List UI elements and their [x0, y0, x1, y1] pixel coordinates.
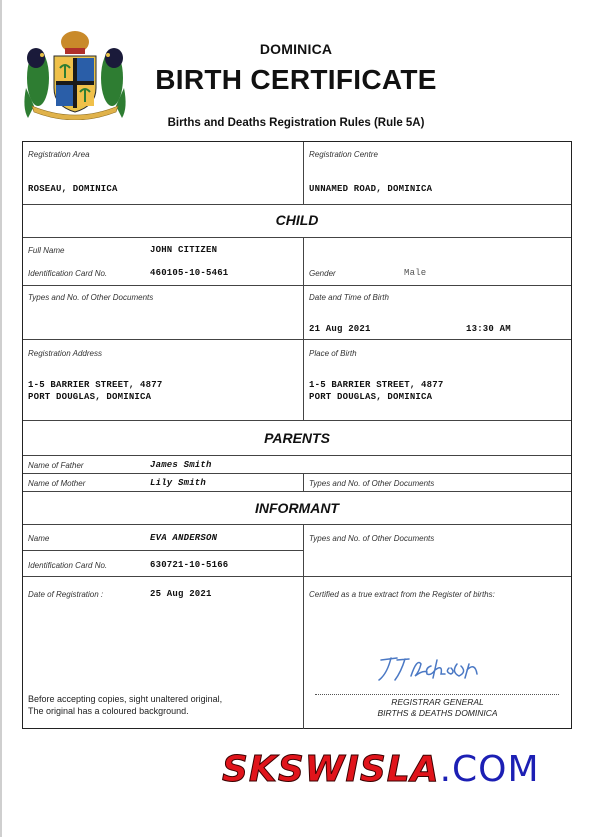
informant-id-row: Identification Card No. 630721-10-5166	[23, 551, 571, 577]
column-divider	[303, 238, 304, 421]
column-divider	[303, 525, 304, 729]
registration-address-line2: PORT DOUGLAS, DOMINICA	[28, 392, 151, 402]
father-label: Name of Father	[28, 461, 84, 470]
mother-row: Name of Mother Lily Smith Types and No. …	[23, 474, 571, 492]
child-section-header: CHILD	[23, 205, 571, 238]
informant-id-value: 630721-10-5166	[150, 560, 228, 570]
child-section-title: CHILD	[23, 212, 571, 228]
watermark-part2: .COM	[440, 749, 540, 790]
watermark: SKSWISLA.COM	[222, 748, 540, 790]
country-name: DOMINICA	[156, 41, 436, 57]
place-of-birth-line1: 1-5 BARRIER STREET, 4877	[309, 380, 443, 390]
registration-address-label: Registration Address	[28, 349, 102, 358]
child-name-row: Full Name JOHN CITIZEN Identification Ca…	[23, 238, 571, 286]
informant-name-row: Name EVA ANDERSON	[23, 525, 304, 551]
full-name-value: JOHN CITIZEN	[150, 245, 217, 255]
certified-text: Certified as a true extract from the Reg…	[309, 590, 495, 599]
informant-name-value: EVA ANDERSON	[150, 533, 217, 543]
dob-label: Date and Time of Birth	[309, 293, 389, 302]
informant-id-label: Identification Card No.	[28, 561, 107, 570]
child-other-docs-label: Types and No. of Other Documents	[28, 293, 153, 302]
column-divider	[303, 142, 304, 205]
document-title: BIRTH CERTIFICATE	[130, 64, 462, 96]
note-line1: Before accepting copies, sight unaltered…	[28, 693, 222, 705]
registrar-signature	[375, 650, 495, 684]
mother-label: Name of Mother	[28, 479, 85, 488]
dob-date-value: 21 Aug 2021	[309, 324, 371, 334]
column-divider	[303, 474, 304, 492]
father-row: Name of Father James Smith	[23, 456, 571, 474]
registration-area-value: ROSEAU, DOMINICA	[28, 184, 118, 194]
full-name-label: Full Name	[28, 246, 64, 255]
watermark-part1: SKSWISLA	[222, 749, 440, 790]
child-id-label: Identification Card No.	[28, 269, 107, 278]
note-line2: The original has a coloured background.	[28, 705, 222, 717]
registrar-title: REGISTRAR GENERAL BIRTHS & DEATHS DOMINI…	[304, 697, 571, 719]
mother-value: Lily Smith	[150, 478, 206, 488]
registrar-line1: REGISTRAR GENERAL	[304, 697, 571, 708]
parents-section-header: PARENTS	[23, 421, 571, 456]
child-docs-dob-row: Types and No. of Other Documents Date an…	[23, 286, 571, 340]
gender-label: Gender	[309, 269, 336, 278]
registration-address-line1: 1-5 BARRIER STREET, 4877	[28, 380, 162, 390]
coat-of-arms-icon	[18, 28, 132, 120]
place-of-birth-line2: PORT DOUGLAS, DOMINICA	[309, 392, 432, 402]
child-address-row: Registration Address 1-5 BARRIER STREET,…	[23, 340, 571, 421]
informant-name-label: Name	[28, 534, 49, 543]
date-of-registration-label: Date of Registration :	[28, 590, 103, 599]
informant-section-header: INFORMANT	[23, 492, 571, 525]
registration-row: Registration Area ROSEAU, DOMINICA Regis…	[23, 142, 571, 205]
rules-subtitle: Births and Deaths Registration Rules (Ru…	[130, 117, 462, 129]
parents-other-docs-label: Types and No. of Other Documents	[309, 479, 434, 488]
signature-line	[315, 694, 559, 695]
registration-area-label: Registration Area	[28, 150, 90, 159]
registration-centre-value: UNNAMED ROAD, DOMINICA	[309, 184, 432, 194]
certificate-table: Registration Area ROSEAU, DOMINICA Regis…	[22, 141, 572, 729]
original-note: Before accepting copies, sight unaltered…	[28, 693, 222, 717]
registration-centre-label: Registration Centre	[309, 150, 378, 159]
gender-value: Male	[404, 268, 426, 278]
certificate-header: DOMINICA BIRTH CERTIFICATE Births and De…	[0, 0, 590, 140]
dob-time-value: 13:30 AM	[466, 324, 511, 334]
father-value: James Smith	[150, 460, 212, 470]
parents-section-title: PARENTS	[23, 430, 571, 446]
place-of-birth-label: Place of Birth	[309, 349, 357, 358]
informant-other-docs-label: Types and No. of Other Documents	[309, 534, 434, 543]
informant-section-title: INFORMANT	[23, 500, 571, 516]
registrar-line2: BIRTHS & DEATHS DOMINICA	[304, 708, 571, 719]
date-of-registration-value: 25 Aug 2021	[150, 589, 212, 599]
child-id-value: 460105-10-5461	[150, 268, 228, 278]
